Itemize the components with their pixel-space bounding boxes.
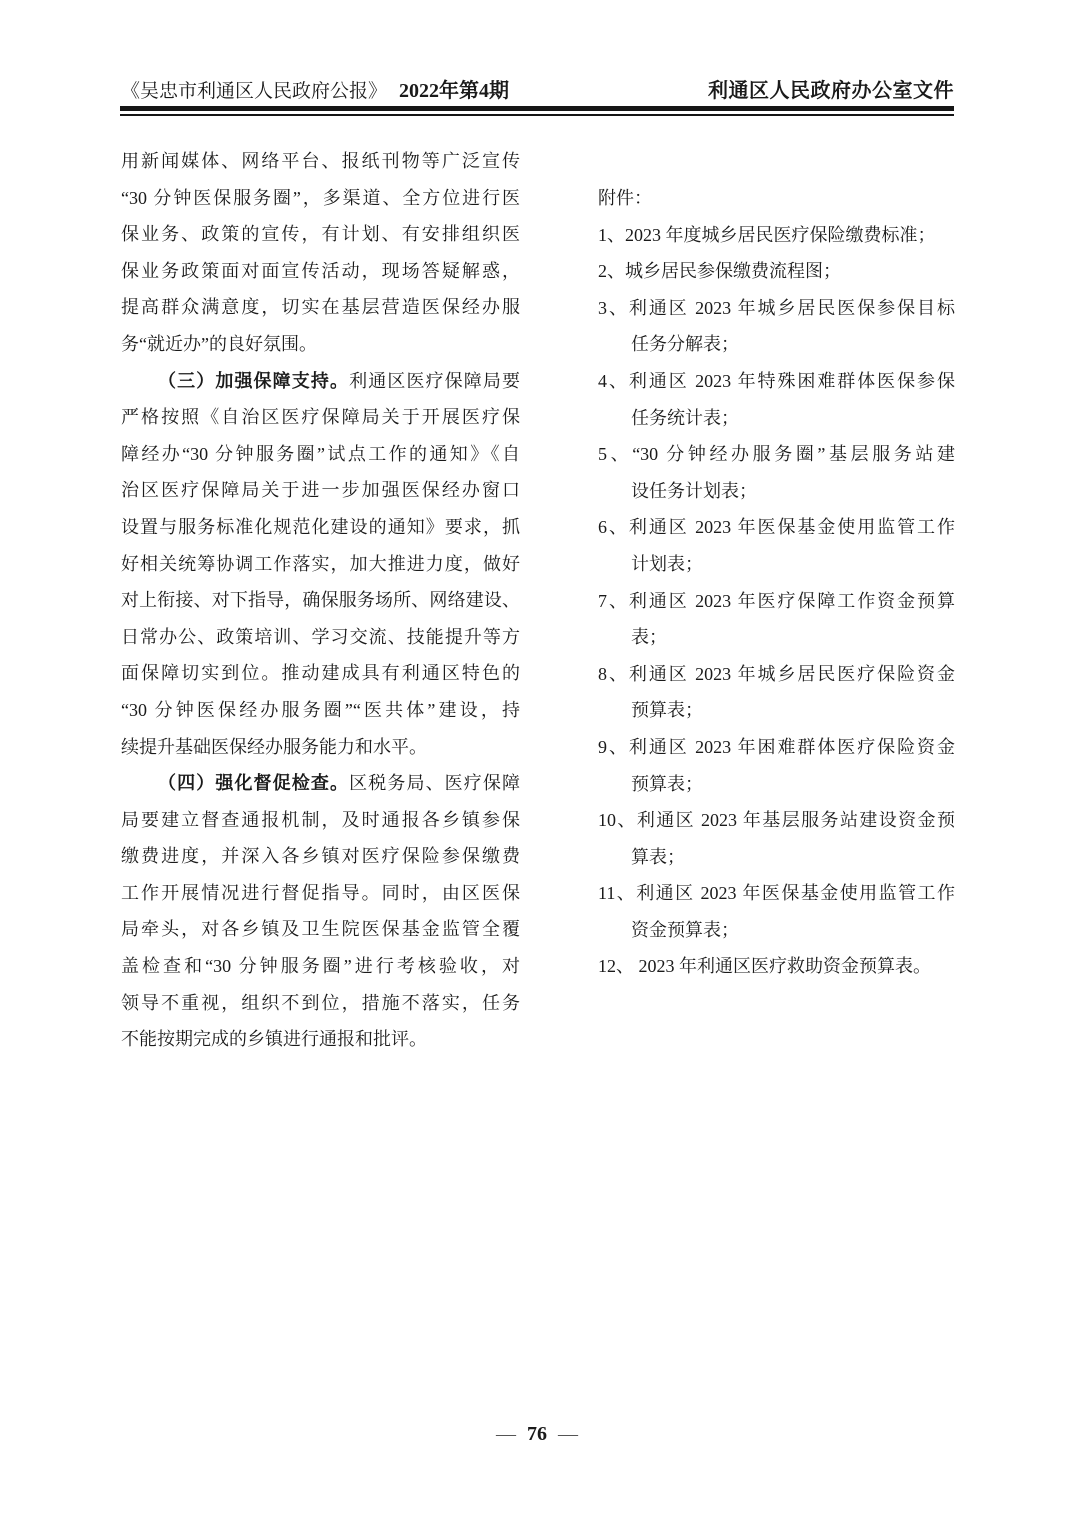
- text-line: 不能按期完成的乡镇进行通报和批评。: [121, 1021, 520, 1058]
- attachment-line: 12、 2023 年利通区医疗救助资金预算表。: [598, 948, 955, 985]
- attachment-line: 设任务计划表；: [598, 473, 955, 510]
- text-line: “30 分钟医保经办服务圈”“医共体”建设，持: [121, 692, 520, 729]
- footer-dash-right: —: [558, 1423, 578, 1445]
- text-line: 好相关统筹协调工作落实，加大推进力度，做好: [121, 546, 520, 583]
- text-line: 治区医疗保障局关于进一步加强医保经办窗口: [121, 472, 520, 509]
- text-line: 提高群众满意度，切实在基层营造医保经办服: [121, 289, 520, 326]
- attachment-line: 4、利通区 2023 年特殊困难群体医保参保: [598, 363, 955, 400]
- text-line: 设置与服务标准化规范化建设的通知》要求，抓: [121, 509, 520, 546]
- attachment-line: 11、利通区 2023 年医保基金使用监管工作: [598, 875, 955, 912]
- page-footer: —76—: [0, 1423, 1074, 1446]
- text-line: 用新闻媒体、网络平台、报纸刊物等广泛宣传: [121, 143, 520, 180]
- text-line: “30 分钟医保服务圈”，多渠道、全方位进行医: [121, 180, 520, 217]
- page-number: 76: [527, 1423, 547, 1445]
- text-line: 盖检查和“30 分钟服务圈”进行考核验收，对: [121, 948, 520, 985]
- page-header: 《吴忠市利通区人民政府公报》 2022年第4期 利通区人民政府办公室文件: [121, 74, 954, 103]
- text-line: （四）强化督促检查。区税务局、医疗保障: [121, 765, 520, 802]
- text-line: 对上衔接、对下指导，确保服务场所、网络建设、: [121, 582, 520, 619]
- attachment-line: 预算表；: [598, 766, 955, 803]
- attachment-line: 计划表；: [598, 546, 955, 583]
- gazette-issue: 2022年第4期: [399, 74, 509, 103]
- text-line: 务“就近办”的良好氛围。: [121, 326, 520, 363]
- gazette-title: 《吴忠市利通区人民政府公报》: [121, 76, 387, 103]
- left-column: 用新闻媒体、网络平台、报纸刊物等广泛宣传“30 分钟医保服务圈”，多渠道、全方位…: [121, 143, 520, 1058]
- attachment-line: 9、利通区 2023 年困难群体医疗保险资金: [598, 729, 955, 766]
- office-doc-label: 利通区人民政府办公室文件: [708, 74, 954, 103]
- text-line: 续提升基础医保经办服务能力和水平。: [121, 729, 520, 766]
- text-line: 严格按照《自治区医疗保障局关于开展医疗保: [121, 399, 520, 436]
- text-line: 保业务、政策的宣传，有计划、有安排组织医: [121, 216, 520, 253]
- header-rule-thick: [120, 106, 954, 111]
- text-line: 局要建立督查通报机制，及时通报各乡镇参保: [121, 802, 520, 839]
- text-line: 障经办“30 分钟服务圈”试点工作的通知》《自: [121, 436, 520, 473]
- text-line: 局牵头，对各乡镇及卫生院医保基金监管全覆: [121, 911, 520, 948]
- attachment-line: 3、利通区 2023 年城乡居民医保参保目标: [598, 290, 955, 327]
- text-line: （三）加强保障支持。利通区医疗保障局要: [121, 363, 520, 400]
- text-line: 缴费进度，并深入各乡镇对医疗保险参保缴费: [121, 838, 520, 875]
- text-line: 保业务政策面对面宣传活动，现场答疑解惑，: [121, 253, 520, 290]
- attachment-line: 6、利通区 2023 年医保基金使用监管工作: [598, 509, 955, 546]
- text-line: 面保障切实到位。推动建成具有利通区特色的: [121, 655, 520, 692]
- attachment-line: 资金预算表；: [598, 912, 955, 949]
- attachment-line: 10、利通区 2023 年基层服务站建设资金预: [598, 802, 955, 839]
- attachment-line: 预算表；: [598, 692, 955, 729]
- footer-dash-left: —: [496, 1423, 516, 1445]
- attachment-line: 5、“30 分钟经办服务圈”基层服务站建: [598, 436, 955, 473]
- attachment-line: 2、城乡居民参保缴费流程图；: [598, 253, 955, 290]
- text-line: 工作开展情况进行督促指导。同时，由区医保: [121, 875, 520, 912]
- attachments-label: 附件：: [598, 180, 955, 217]
- attachment-line: 表；: [598, 619, 955, 656]
- attachment-line: 7、利通区 2023 年医疗保障工作资金预算: [598, 583, 955, 620]
- text-line: 日常办公、政策培训、学习交流、技能提升等方: [121, 619, 520, 656]
- attachment-line: 1、2023 年度城乡居民医疗保险缴费标准；: [598, 217, 955, 254]
- attachment-line: 任务分解表；: [598, 326, 955, 363]
- right-column: 附件： 1、2023 年度城乡居民医疗保险缴费标准；2、城乡居民参保缴费流程图；…: [598, 180, 955, 985]
- attachment-line: 任务统计表；: [598, 400, 955, 437]
- attachment-line: 算表；: [598, 839, 955, 876]
- attachment-line: 8、利通区 2023 年城乡居民医疗保险资金: [598, 656, 955, 693]
- header-left: 《吴忠市利通区人民政府公报》 2022年第4期: [121, 74, 509, 103]
- header-rule-thin: [120, 114, 954, 116]
- text-line: 领导不重视，组织不到位，措施不落实，任务: [121, 985, 520, 1022]
- gazette-page: 《吴忠市利通区人民政府公报》 2022年第4期 利通区人民政府办公室文件 用新闻…: [0, 0, 1074, 1520]
